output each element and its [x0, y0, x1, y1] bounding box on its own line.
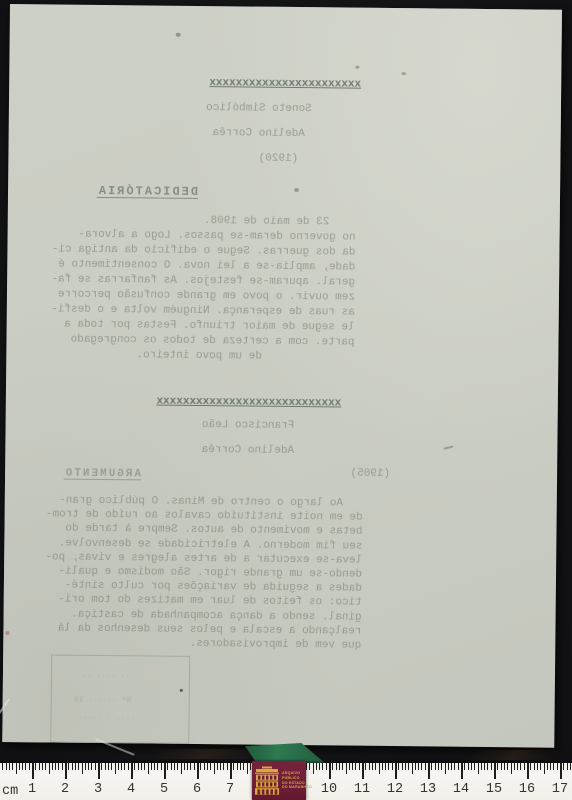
ruler-tick — [355, 763, 356, 770]
stamp-line-3: ···· · ····· — [77, 714, 135, 724]
ruler-tick — [369, 763, 370, 770]
ruler-tick — [85, 763, 86, 770]
scanner-background: xxxxxxxxxxxxxxxxxxxxxxx Soneto Simbólico… — [0, 0, 572, 800]
ruler-tick — [115, 763, 116, 774]
ruler-tick — [9, 763, 10, 770]
ruler-tick — [181, 763, 182, 774]
ruler-tick — [121, 763, 122, 770]
ruler-number: 16 — [519, 782, 535, 797]
ruler-tick — [494, 763, 496, 779]
ruler-tick — [395, 763, 397, 779]
ruler-tick — [524, 763, 525, 770]
ruler-tick — [497, 763, 498, 770]
ruler-tick — [58, 763, 59, 770]
ruler-tick — [240, 763, 241, 770]
title-line-2: Adelino Corrêa — [174, 127, 344, 141]
ruler-tick — [200, 763, 201, 770]
ruler-tick — [138, 763, 139, 770]
ruler-tick — [474, 763, 475, 770]
paper-blemish — [176, 33, 181, 37]
ruler-tick — [435, 763, 436, 770]
ruler-number: 14 — [453, 782, 469, 797]
ruler-number: 3 — [94, 782, 102, 797]
ruler-tick — [501, 763, 502, 770]
ruler-tick — [19, 763, 20, 770]
middle-strikeout-row: xxxxxxxxxxxxxxxxxxxxxxxxxxxx — [154, 396, 344, 410]
ruler-tick — [464, 763, 465, 770]
ruler-tick — [405, 763, 406, 770]
ruler-tick — [507, 763, 508, 770]
ruler-tick — [504, 763, 505, 770]
ruler-tick — [75, 763, 76, 770]
ruler-tick — [250, 763, 251, 770]
ruler-tick — [105, 763, 106, 770]
ruler-tick — [2, 763, 3, 770]
ruler-tick — [326, 763, 327, 770]
paper-blemish — [355, 66, 359, 69]
ruler-tick — [514, 763, 515, 770]
ruler-tick — [339, 763, 340, 770]
middle-line-1: Francisco Leão — [161, 419, 336, 433]
ruler-tick — [570, 763, 571, 770]
paper-blemish — [401, 72, 406, 75]
ruler-tick — [372, 763, 373, 770]
paper-blemish — [294, 188, 299, 192]
ruler-unit-label: cm — [2, 784, 18, 799]
ruler-tick — [164, 763, 166, 779]
ruler-tick — [16, 763, 17, 774]
ruler-tick — [184, 763, 185, 770]
ruler-tick — [187, 763, 188, 770]
middle-line-2: Adelino Corrêa — [160, 444, 335, 458]
ruler-tick — [487, 763, 488, 770]
middle-year: (1905) — [335, 467, 390, 480]
ruler-tick — [346, 763, 347, 774]
ruler-tick — [398, 763, 399, 770]
ruler-tick — [101, 763, 102, 770]
ruler-tick — [29, 763, 30, 770]
ruler-tick — [157, 763, 158, 770]
ruler-tick — [491, 763, 492, 770]
ruler-tick — [174, 763, 175, 770]
paragraph-1: 23 de maio de 1908. no governo deram-se … — [32, 212, 356, 365]
building-icon — [254, 766, 280, 796]
ruler-tick — [530, 763, 531, 770]
ruler-tick — [82, 763, 83, 774]
ruler-tick — [478, 763, 479, 774]
ruler-tick — [111, 763, 112, 770]
ruler-tick — [313, 763, 314, 774]
ruler-tick — [25, 763, 26, 770]
ruler-tick — [154, 763, 155, 770]
ruler-tick — [454, 763, 455, 770]
ruler-tick — [62, 763, 63, 770]
ruler-tick — [171, 763, 172, 770]
ruler-tick — [352, 763, 353, 770]
ink-speck — [180, 689, 183, 692]
ruler-tick — [540, 763, 541, 770]
ruler-tick — [534, 763, 535, 770]
ruler-tick — [108, 763, 109, 770]
ruler-tick — [428, 763, 430, 779]
ruler-tick — [412, 763, 413, 774]
ruler-number: 7 — [226, 782, 234, 797]
ruler-number: 15 — [486, 782, 502, 797]
ruler-tick — [247, 763, 248, 774]
ruler-tick — [227, 763, 228, 770]
ruler-tick — [349, 763, 350, 770]
ruler-tick — [441, 763, 442, 770]
ruler-tick — [567, 763, 568, 770]
ruler-tick — [161, 763, 162, 770]
ruler-tick — [362, 763, 364, 779]
ruler-tick — [118, 763, 119, 770]
ruler-tick — [375, 763, 376, 770]
ruler-tick — [557, 763, 558, 770]
scanner-streak — [146, 749, 263, 759]
ruler-tick — [12, 763, 13, 770]
ruler-tick — [520, 763, 521, 770]
ruler-tick — [336, 763, 337, 770]
ruler-tick — [421, 763, 422, 770]
ruler-number: 4 — [127, 782, 135, 797]
ruler-tick — [45, 763, 46, 770]
ruler-tick — [134, 763, 135, 770]
ruler-tick — [190, 763, 191, 770]
section-heading-1: DEDICATÓRIA — [78, 184, 198, 199]
ruler-tick — [425, 763, 426, 770]
ruler-tick — [431, 763, 432, 770]
title-year: (1920) — [233, 152, 323, 165]
ruler-tick — [527, 763, 529, 779]
ruler-tick — [481, 763, 482, 770]
archive-logo-text: ARQUIVO PÚBLICO DO ESTADO DO MARANHÃO — [282, 771, 312, 789]
stamp-box: ·· ···· ·· Nº ······ 19 ···· · ····· — [50, 654, 190, 743]
ruler-tick — [148, 763, 149, 774]
ruler-tick — [438, 763, 439, 770]
ruler-tick — [223, 763, 224, 770]
ruler-tick — [563, 763, 564, 770]
ruler-tick — [468, 763, 469, 770]
ruler-tick — [458, 763, 459, 770]
ruler-number: 10 — [321, 782, 337, 797]
ruler-tick — [550, 763, 551, 770]
ruler-tick — [309, 763, 310, 770]
ruler-tick — [141, 763, 142, 770]
ruler-tick — [91, 763, 92, 770]
ruler-tick — [451, 763, 452, 770]
archive-logo-badge: ARQUIVO PÚBLICO DO ESTADO DO MARANHÃO — [252, 761, 306, 800]
ruler-tick — [402, 763, 403, 770]
ruler-tick — [22, 763, 23, 770]
title-strikeout-row: xxxxxxxxxxxxxxxxxxxxxxx — [205, 77, 365, 91]
ruler-tick — [197, 763, 199, 779]
ruler-tick — [484, 763, 485, 770]
ruler-tick — [72, 763, 73, 770]
ruler-tick — [408, 763, 409, 770]
title-line-1: Soneto Simbólico — [169, 102, 349, 116]
ruler-number: 5 — [160, 782, 168, 797]
ruler-tick — [553, 763, 554, 770]
ruler-tick — [207, 763, 208, 770]
ruler-tick — [220, 763, 221, 770]
ruler-tick — [233, 763, 234, 770]
ruler-tick — [322, 763, 323, 770]
ruler-tick — [415, 763, 416, 770]
paper-blemish — [443, 445, 453, 449]
ruler-tick — [151, 763, 152, 770]
ruler-tick — [217, 763, 218, 770]
ruler-tick — [560, 763, 562, 779]
ruler-tick — [42, 763, 43, 770]
ruler-number: 11 — [354, 782, 370, 797]
ruler-tick — [49, 763, 50, 774]
ruler-tick — [329, 763, 331, 779]
ruler-tick — [243, 763, 244, 770]
ruler-tick — [204, 763, 205, 770]
ruler-tick — [379, 763, 380, 774]
ruler-tick — [128, 763, 129, 770]
ruler-tick — [511, 763, 512, 774]
scanner-streak — [466, 750, 563, 760]
ruler-number: 12 — [387, 782, 403, 797]
ruler-tick — [461, 763, 463, 779]
ruler-tick — [365, 763, 366, 770]
ruler-tick — [342, 763, 343, 770]
ruler-number: 1 — [28, 782, 36, 797]
ruler-tick — [418, 763, 419, 770]
ruler-tick — [95, 763, 96, 770]
ruler-tick — [55, 763, 56, 770]
ruler-tick — [388, 763, 389, 770]
ruler-tick — [124, 763, 125, 770]
ruler-tick — [385, 763, 386, 770]
ruler-tick — [68, 763, 69, 770]
ruler-tick — [78, 763, 79, 770]
ruler-tick — [131, 763, 133, 779]
ruler-number: 2 — [61, 782, 69, 797]
ruler-tick — [392, 763, 393, 770]
archive-logo-line: DO MARANHÃO — [282, 785, 312, 790]
ruler-tick — [517, 763, 518, 770]
ruler-tick — [544, 763, 545, 774]
ruler-tick — [471, 763, 472, 770]
ruler-tick — [230, 763, 232, 779]
ruler-tick — [306, 763, 307, 770]
ruler-tick — [6, 763, 7, 770]
ruler-number: 13 — [420, 782, 436, 797]
ruler-tick — [88, 763, 89, 770]
ruler-tick — [319, 763, 320, 770]
ruler-tick — [359, 763, 360, 770]
ruler-tick — [445, 763, 446, 774]
ruler-tick — [537, 763, 538, 770]
ruler-tick — [237, 763, 238, 770]
ruler-tick — [32, 763, 34, 779]
ruler-tick — [35, 763, 36, 770]
section-heading-2: ARGUMENTO — [31, 467, 141, 480]
ruler-tick — [177, 763, 178, 770]
document-page: xxxxxxxxxxxxxxxxxxxxxxx Soneto Simbólico… — [2, 4, 562, 748]
ruler-tick — [316, 763, 317, 770]
ruler-number: 17 — [552, 782, 568, 797]
ruler-tick — [39, 763, 40, 770]
ruler-tick — [547, 763, 548, 770]
paper-blemish — [5, 631, 9, 635]
paragraph-2: Ao largo o centro de Minas. O público gr… — [9, 493, 363, 653]
ruler-tick — [52, 763, 53, 770]
ruler-tick — [210, 763, 211, 770]
stamp-line-1: ·· ···· ·· — [82, 672, 130, 682]
stamp-line-2: Nº ······ 19 — [74, 696, 132, 706]
ruler-tick — [194, 763, 195, 770]
ruler-number: 6 — [193, 782, 201, 797]
ruler-tick — [448, 763, 449, 770]
ruler-tick — [144, 763, 145, 770]
ruler-tick — [167, 763, 168, 770]
ruler-tick — [332, 763, 333, 770]
ruler-tick — [214, 763, 215, 774]
ruler-tick — [382, 763, 383, 770]
ruler-tick — [65, 763, 67, 779]
ruler-tick — [98, 763, 100, 779]
